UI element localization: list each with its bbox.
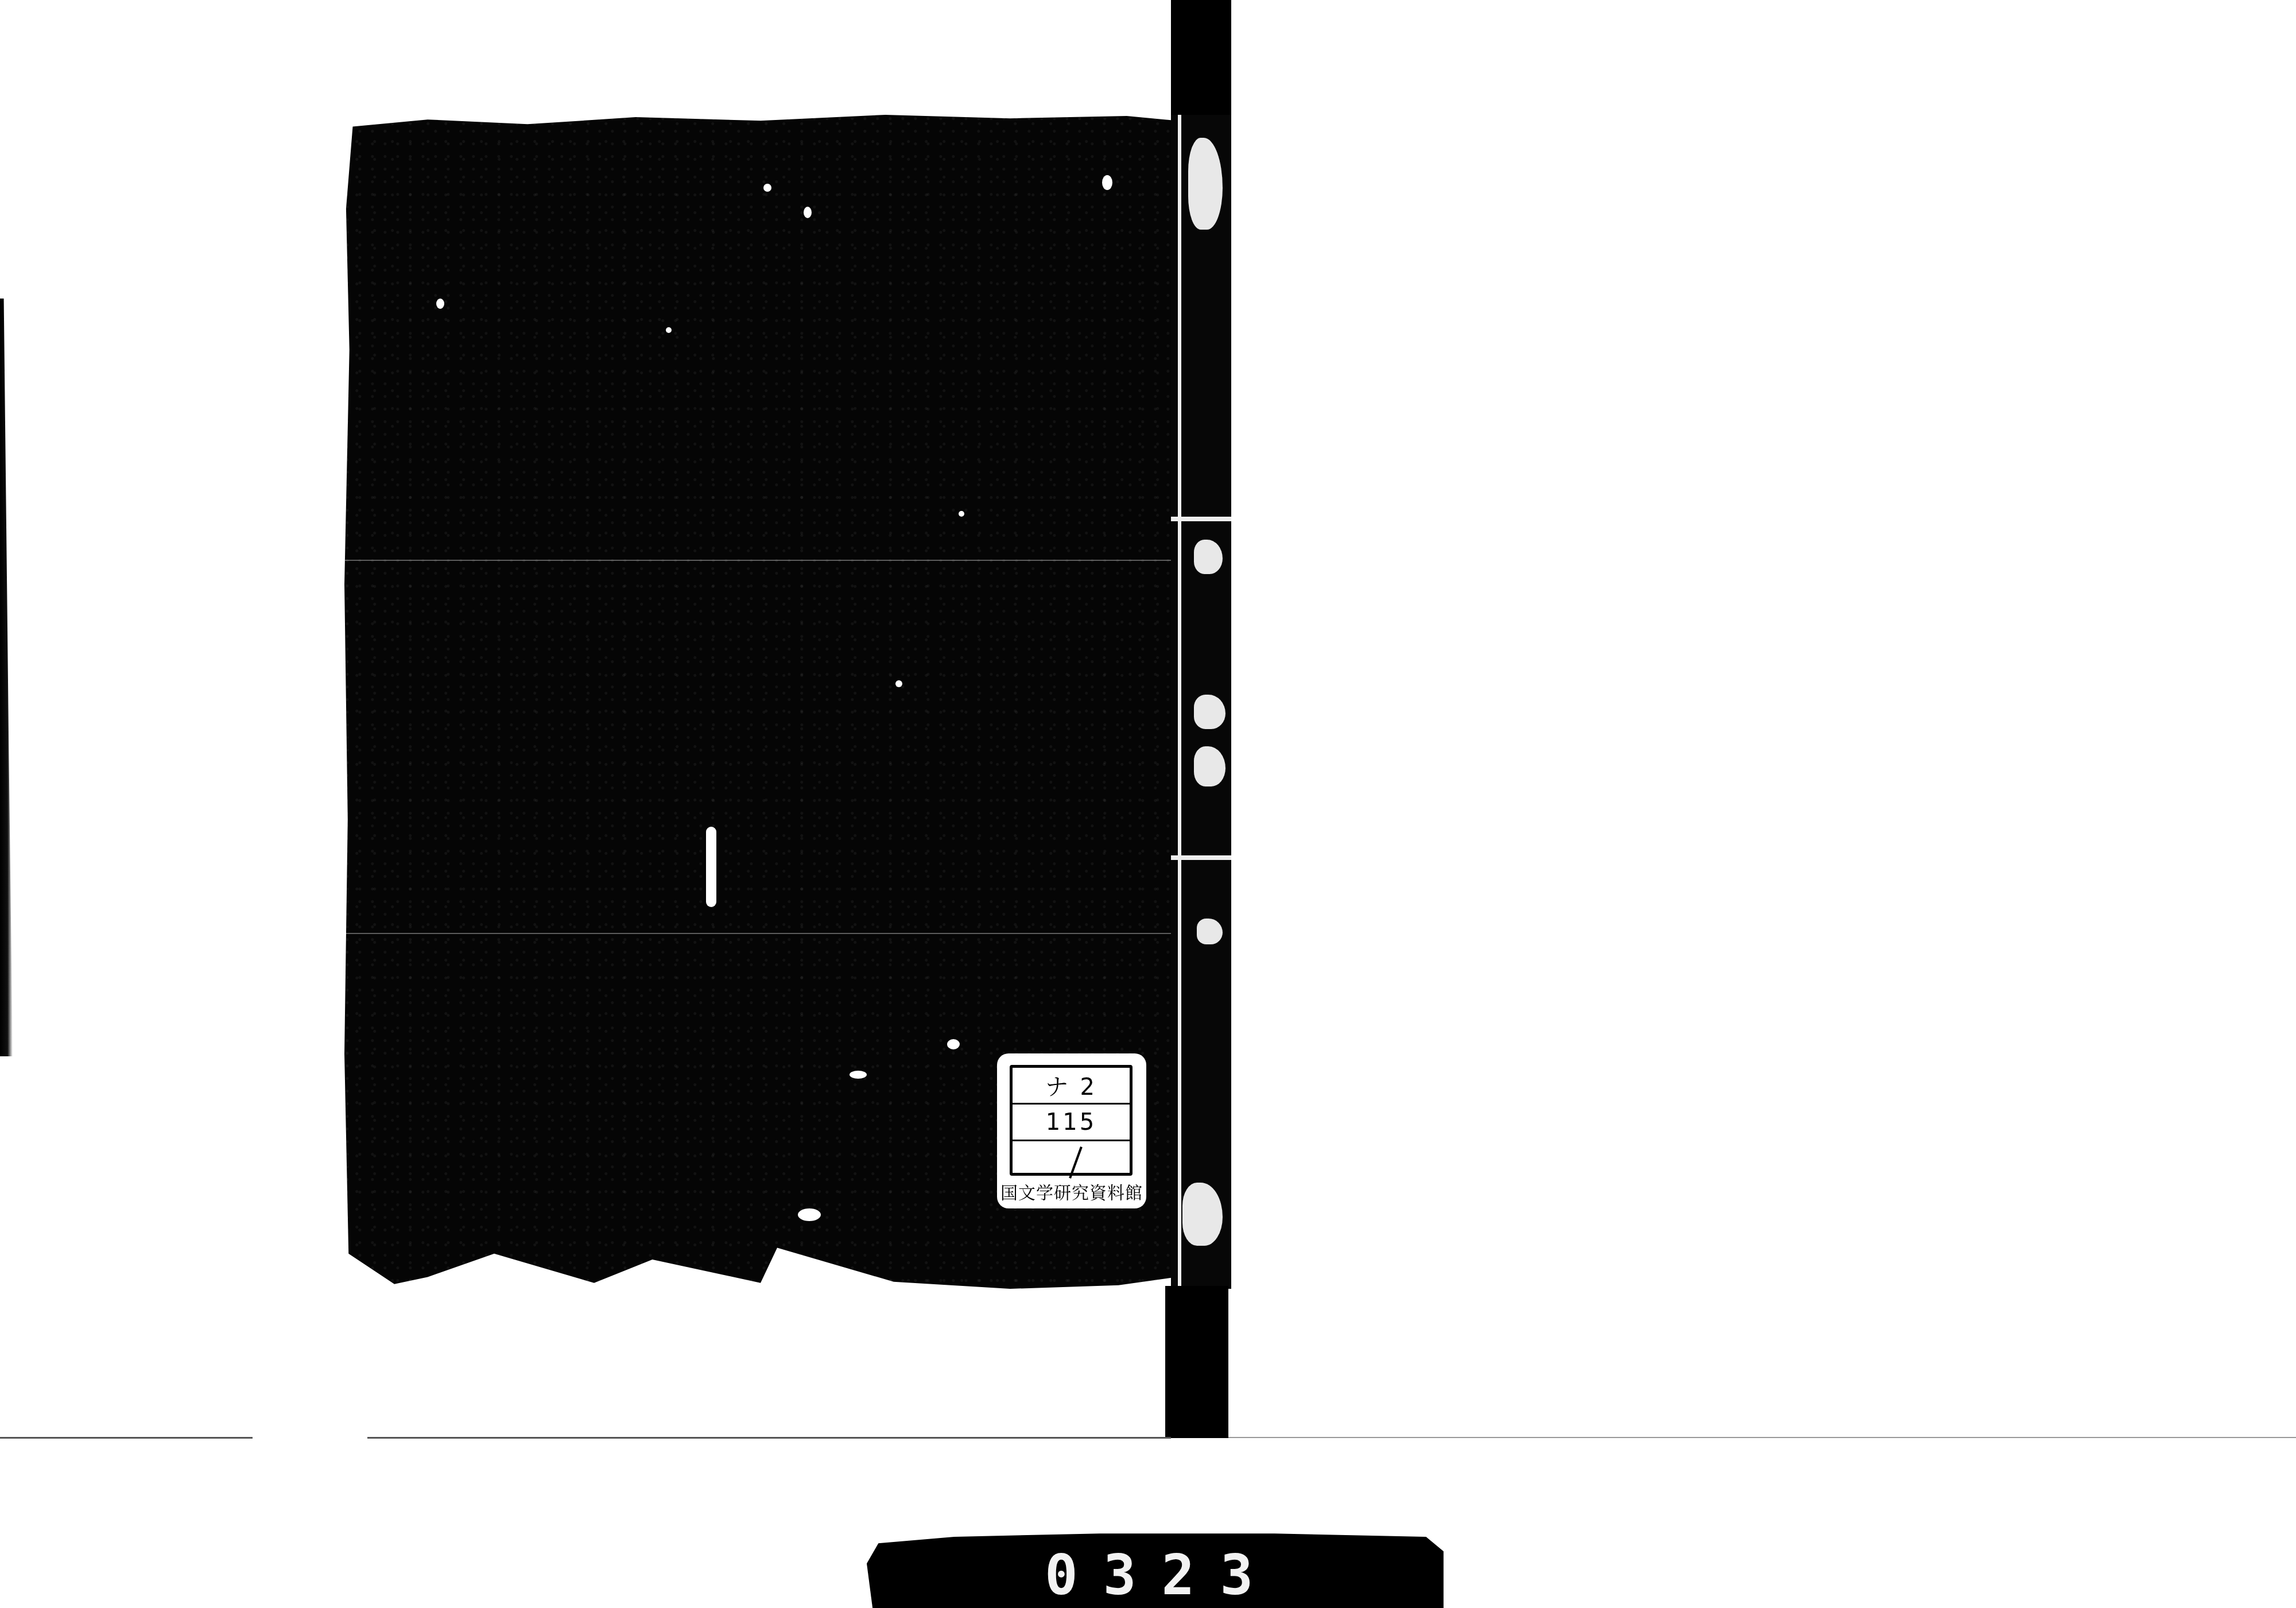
paper-tear-streak	[706, 827, 716, 907]
spine-wear	[1194, 746, 1225, 786]
fold-line	[344, 933, 1177, 934]
label-box: ナ 2 115	[1010, 1065, 1133, 1176]
label-number: 115	[1013, 1105, 1130, 1141]
binding-tie	[1171, 855, 1231, 860]
gutter-bar-bottom	[1165, 1286, 1228, 1438]
paper-damage-speck	[947, 1039, 960, 1049]
paper-damage-speck	[436, 299, 444, 309]
paper-damage-speck	[804, 207, 812, 218]
adjacent-page-edge	[0, 299, 13, 1056]
spine-wear	[1197, 919, 1223, 944]
paper-damage-speck	[666, 327, 672, 333]
fold-line	[344, 560, 1177, 561]
frame-counter: 0323	[1045, 1543, 1278, 1607]
binding-tie	[1171, 517, 1231, 521]
paper-damage-speck	[850, 1071, 867, 1079]
label-classification: ナ 2	[1013, 1068, 1130, 1105]
spine-wear	[1194, 540, 1223, 574]
scan-baseline	[367, 1437, 1171, 1439]
label-institution: 国文学研究資料館	[997, 1179, 1146, 1204]
volume-mark	[1069, 1146, 1083, 1179]
paper-damage-speck	[798, 1208, 821, 1221]
paper-damage-speck	[763, 184, 771, 192]
paper-damage-speck	[895, 680, 902, 687]
scan-frame: ナ 2 115 国文学研究資料館 0323	[0, 0, 2296, 1608]
paper-damage-speck	[1102, 175, 1112, 190]
paper-damage-speck	[959, 511, 964, 517]
label-volume	[1013, 1141, 1130, 1178]
spine-wear	[1194, 695, 1225, 729]
book-spine	[1171, 115, 1231, 1289]
gutter-bar-top	[1171, 0, 1231, 118]
frame-counter-strip: 0323	[867, 1527, 1449, 1608]
spine-wear	[1188, 138, 1223, 230]
binding-thread	[1178, 115, 1181, 1289]
library-call-number-label: ナ 2 115 国文学研究資料館	[997, 1053, 1146, 1208]
scan-baseline	[1228, 1437, 2296, 1438]
spine-wear	[1182, 1183, 1223, 1246]
scan-baseline	[0, 1437, 253, 1439]
